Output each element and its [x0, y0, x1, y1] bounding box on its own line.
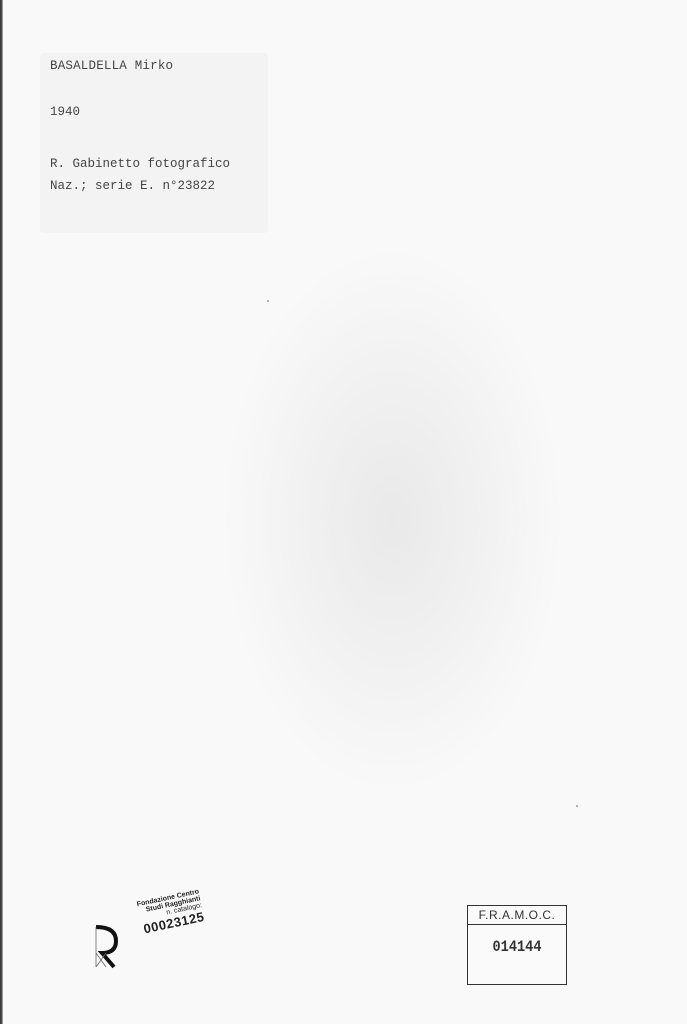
framoc-number: 014144 [475, 938, 558, 956]
ragghianti-stamp: Fondazione Centro Studi Ragghianti n. ca… [92, 905, 212, 975]
framoc-stamp: F.R.A.M.O.C. 014144 [467, 905, 567, 985]
speck [576, 805, 578, 807]
source-line-1: R. Gabinetto fotografico [50, 157, 230, 171]
year: 1940 [50, 105, 80, 119]
framoc-header: F.R.A.M.O.C. [468, 906, 566, 925]
speck [267, 300, 269, 302]
source-line-2: Naz.; serie E. n°23822 [50, 179, 215, 193]
archive-label: BASALDELLA Mirko 1940 R. Gabinetto fotog… [40, 53, 268, 233]
ragghianti-logo-icon [92, 923, 120, 969]
artist-name: BASALDELLA Mirko [50, 59, 173, 73]
